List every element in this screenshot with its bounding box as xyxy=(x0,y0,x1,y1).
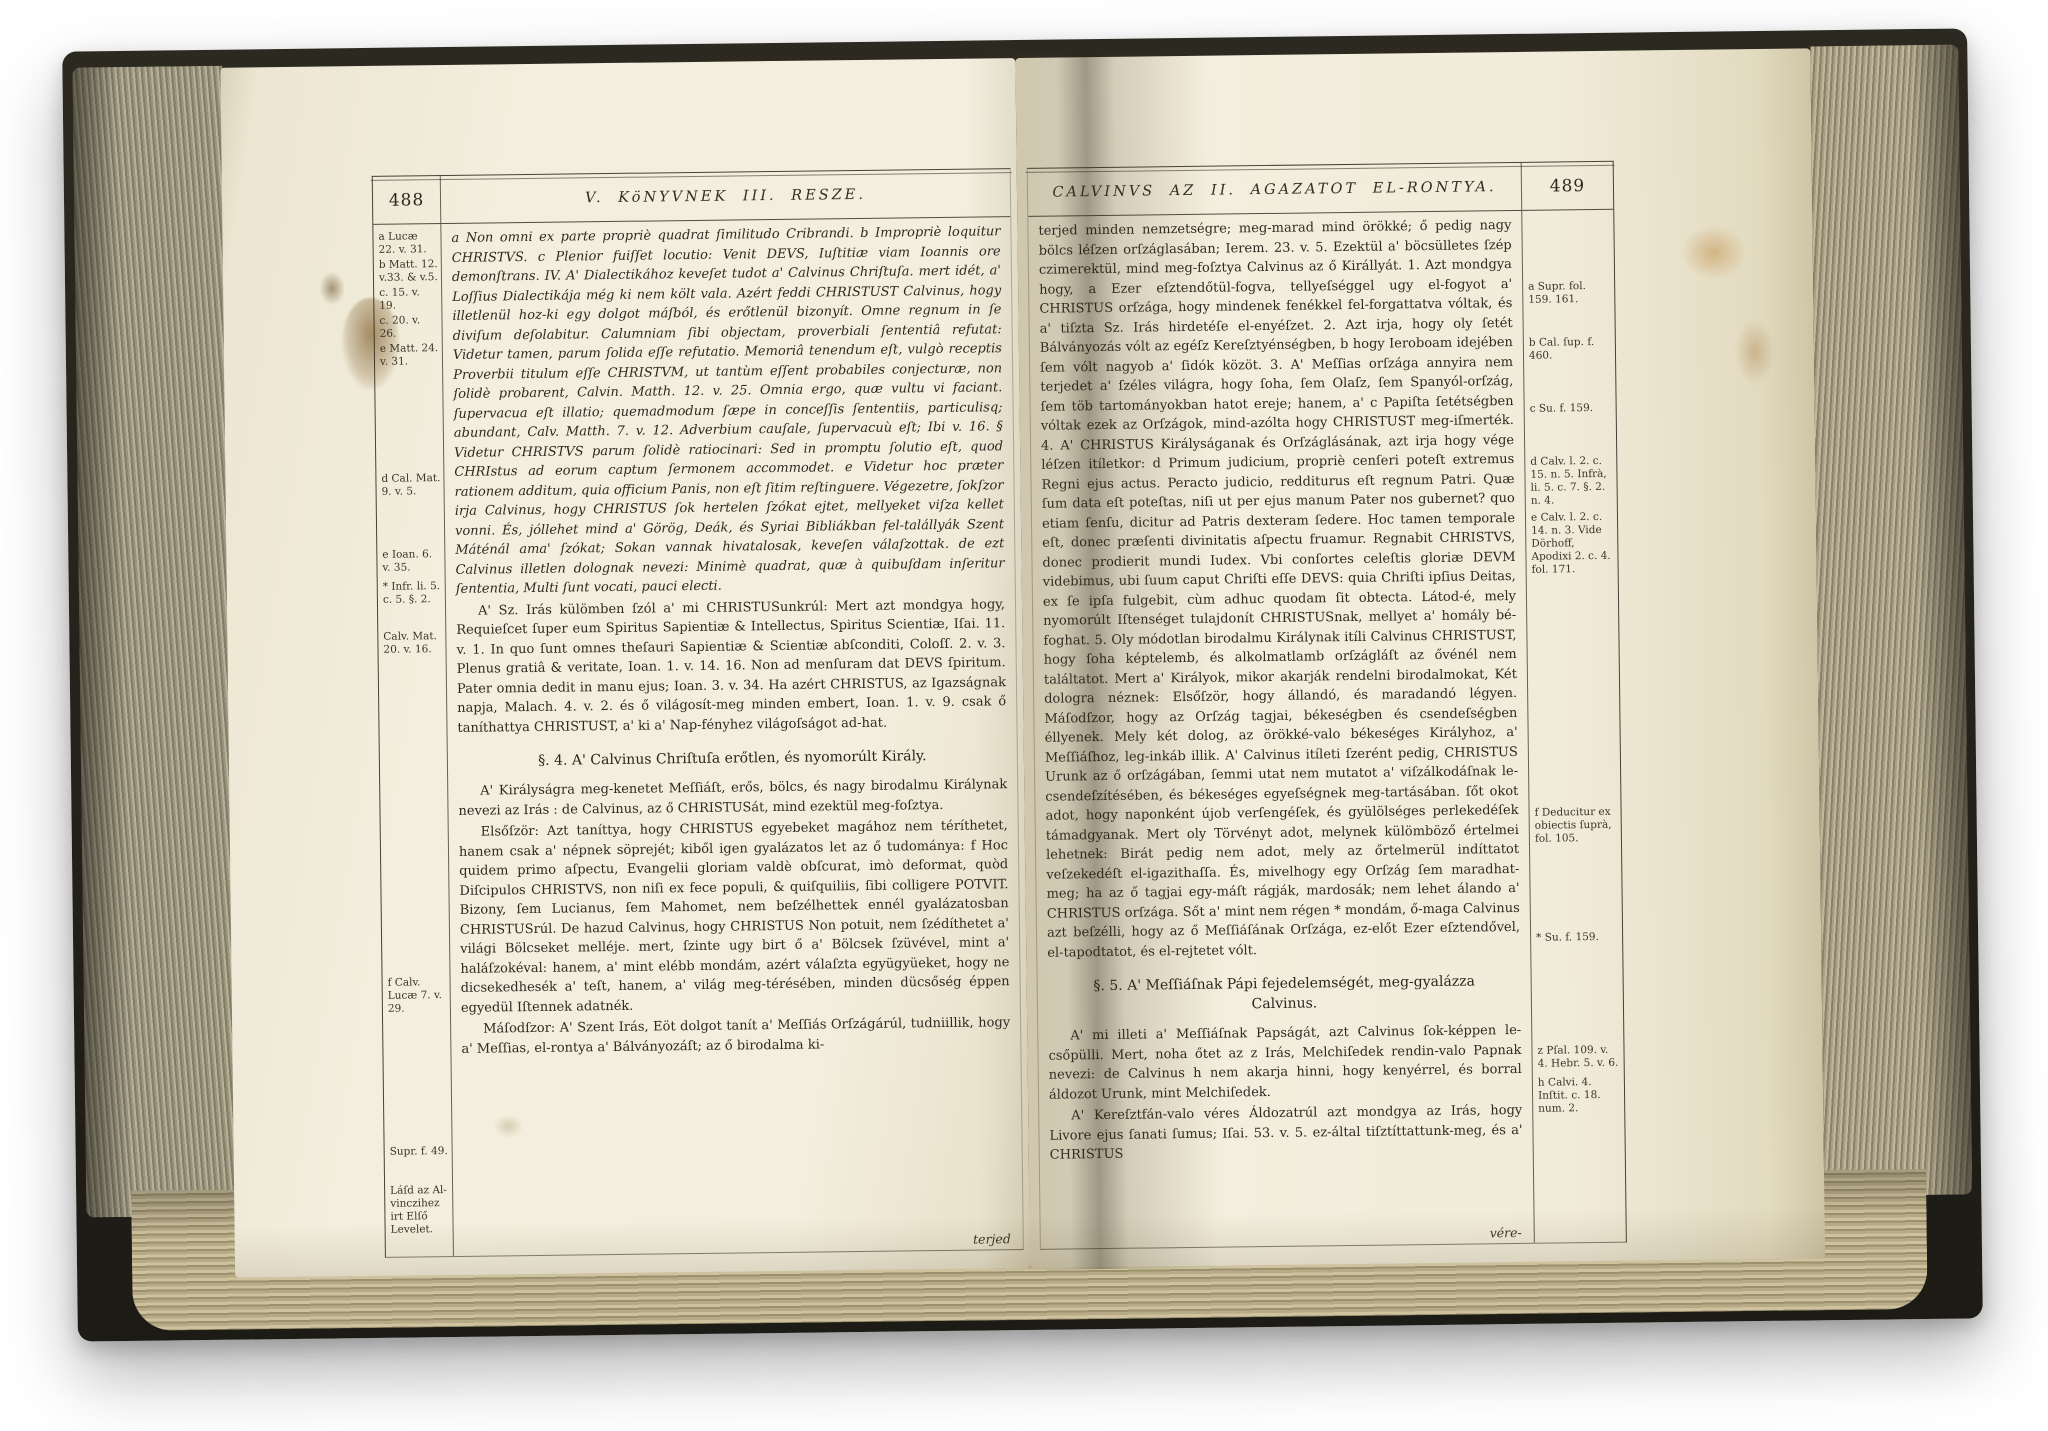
text-block: a Non omni ex parte propriè quadrat ſimi… xyxy=(451,222,1004,599)
left-print-frame: 488 V. KöNYVNEK III. RESZE. a Lucæ 22. v… xyxy=(372,168,1024,1258)
left-catchword: terjed xyxy=(973,1231,1011,1246)
text-block: §. 5. A' Meſſiáſnak Pápi fejedelemségét,… xyxy=(1082,971,1487,1016)
margin-note: e Calv. l. 2. c. 14. n. 3. Vide Dörhoff,… xyxy=(1531,511,1615,577)
margin-note: b Matt. 12. v.33. & v.5. xyxy=(379,258,438,285)
right-page: CALVINVS AZ II. AGAZATOT EL-RONTYA. 489 … xyxy=(1015,48,1825,1268)
foxing-stain-small xyxy=(1735,317,1776,387)
fore-edge-right xyxy=(1810,45,1972,1197)
margin-note: * Infr. li. 5. c. 5. §. 2. xyxy=(383,580,442,607)
margin-note: a Lucæ 22. v. 31. xyxy=(378,230,437,257)
text-block: A' Sz. Irás külömben ſzól a' mi CHRISTUS… xyxy=(456,595,1007,738)
right-catchword: vére- xyxy=(1490,1225,1522,1240)
margin-note: e Matt. 24. v. 31. xyxy=(380,342,439,369)
fore-edge-left xyxy=(72,66,236,1218)
ink-stain-small xyxy=(319,271,345,305)
margin-note: c. 15. v. 19. xyxy=(379,286,438,313)
margin-note: b Cal. ſup. f. 460. xyxy=(1529,336,1612,363)
left-page-content: a Lucæ 22. v. 31.b Matt. 12. v.33. & v.5… xyxy=(373,217,1023,1257)
left-page: 488 V. KöNYVNEK III. RESZE. a Lucæ 22. v… xyxy=(220,58,1030,1278)
margin-note: e Ioan. 6. v. 35. xyxy=(382,548,441,575)
text-block: A' Királyságra meg-kenetet Meſſiáſt, erő… xyxy=(458,775,1007,821)
foxing-stain xyxy=(1681,225,1746,280)
right-print-frame: CALVINVS AZ II. AGAZATOT EL-RONTYA. 489 … xyxy=(1027,161,1627,1250)
open-book: 488 V. KöNYVNEK III. RESZE. a Lucæ 22. v… xyxy=(62,28,1983,1341)
text-block: Máſodſzor: A' Szent Irás, Eöt dolgot tan… xyxy=(461,1013,1010,1059)
margin-note: z Pſal. 109. v. 4. Hebr. 5. v. 6. xyxy=(1537,1044,1620,1071)
margin-note: a Supr. fol. 159. 161. xyxy=(1528,280,1611,307)
left-running-title: V. KöNYVNEK III. RESZE. xyxy=(441,185,1010,208)
text-block: Elsőſzör: Azt taníttya, hogy CHRISTUS eg… xyxy=(459,816,1010,1018)
text-block: §. 4. A' Calvinus Chriſtuſa erőtlen, és … xyxy=(492,746,973,772)
text-block: A' Kereſztfán-valo véres Áldozatrúl azt … xyxy=(1049,1101,1523,1165)
margin-note: Supr. f. 49. xyxy=(390,1145,449,1159)
margin-note: h Calvi. 4. Inſtit. c. 18. num. 2. xyxy=(1538,1076,1621,1116)
right-body-column: terjed minden nemzetségre; meg-marad min… xyxy=(1028,211,1534,1249)
margin-note: f Deducitur ex obiectis ſuprà, fol. 105. xyxy=(1535,806,1618,846)
left-text-blocks: a Non omni ex parte propriè quadrat ſimi… xyxy=(451,222,1010,1059)
margin-note: c Su. f. 159. xyxy=(1530,402,1613,416)
text-block: terjed minden nemzetségre; meg-marad min… xyxy=(1038,216,1520,963)
right-page-header: CALVINVS AZ II. AGAZATOT EL-RONTYA. 489 xyxy=(1028,162,1614,217)
left-margin-notes: a Lucæ 22. v. 31.b Matt. 12. v.33. & v.5… xyxy=(373,224,454,1257)
margin-note: f Calv. Lucæ 7. v. 29. xyxy=(388,976,447,1016)
margin-note: * Su. f. 159. xyxy=(1536,931,1619,945)
right-page-content: terjed minden nemzetségre; meg-marad min… xyxy=(1028,210,1626,1249)
right-running-title: CALVINVS AZ II. AGAZATOT EL-RONTYA. xyxy=(1028,178,1521,200)
text-block: A' mi illeti a' Meſſiáſnak Papságát, azt… xyxy=(1048,1021,1522,1105)
margin-note: d Cal. Mat. 9. v. 5. xyxy=(381,472,440,499)
right-text-blocks: terjed minden nemzetségre; meg-marad min… xyxy=(1038,216,1522,1165)
margin-note: Calv. Mat. 20. v. 16. xyxy=(383,630,442,657)
left-page-header: 488 V. KöNYVNEK III. RESZE. xyxy=(373,169,1011,225)
left-page-number: 488 xyxy=(373,176,442,224)
margin-note: d Calv. l. 2. c. 15. n. 5. Infrà, li. 5.… xyxy=(1530,455,1614,508)
right-margin-notes: a Supr. fol. 159. 161.b Cal. ſup. f. 460… xyxy=(1521,210,1626,1243)
margin-note: c. 20. v. 26. xyxy=(379,314,438,341)
photo-backdrop: 488 V. KöNYVNEK III. RESZE. a Lucæ 22. v… xyxy=(0,0,2048,1431)
right-page-number: 489 xyxy=(1521,162,1614,210)
left-body-column: a Non omni ex parte propriè quadrat ſimi… xyxy=(441,217,1023,1256)
margin-note: Láſd az Al-vinczihez irt Elſő Levelet. xyxy=(390,1184,450,1237)
